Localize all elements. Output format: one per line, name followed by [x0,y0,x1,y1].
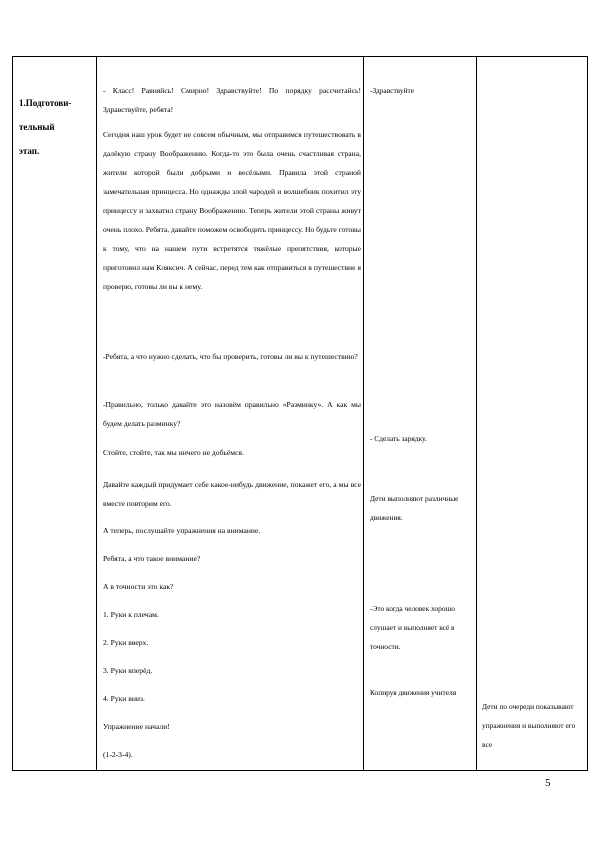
column-divider [96,57,97,770]
student-response: -Это когда человек хорошо слушает и выпо… [370,599,474,656]
teacher-paragraph: (1-2-3-4). [103,745,361,764]
teacher-paragraph: 4. Руки вниз. [103,689,361,708]
stage-title: 1.Подготови- тельный этап. [19,91,99,163]
teacher-paragraph: 2. Руки вверх. [103,633,361,652]
stage-title-line: тельный [19,115,99,139]
lesson-table: 1.Подготови- тельный этап. - Класс! Равн… [12,56,588,771]
teacher-paragraph: А теперь, послушайте упражнения на внима… [103,521,361,540]
student-response: -Здравствуйте [370,81,474,100]
teacher-paragraph: - Класс! Равняйсь! Смирно! Здравствуйте!… [103,81,361,119]
stage-title-line: этап. [19,139,99,163]
teacher-paragraph: -Ребята, а что нужно сделать, что бы про… [103,347,361,366]
student-response: - Сделать зарядку. [370,429,474,448]
page-number: 5 [545,777,551,789]
student-response: Дети выполняют различные движения. [370,489,474,527]
teacher-paragraph: Сегодня наш урок будет не совсем обычным… [103,125,361,296]
teacher-paragraph: Упражнение начали! [103,717,361,736]
column-divider [476,57,477,770]
teacher-paragraph: Ребята, а что такое внимание? [103,549,361,568]
teacher-paragraph: -Правильно, только давайте это назовём п… [103,395,361,433]
teacher-paragraph: 3. Руки вперёд. [103,661,361,680]
stage-title-line: 1.Подготови- [19,91,99,115]
teacher-paragraph: Стойте, стойте, так мы ничего не добьёмс… [103,443,361,462]
notes-text: Дети по очереди показывают упражнения и … [482,697,582,754]
teacher-paragraph: 1. Руки к плечам. [103,605,361,624]
teacher-paragraph: А в точности это как? [103,577,361,596]
column-divider [363,57,364,770]
teacher-paragraph: Давайте каждый придумает себе какое-нибу… [103,475,361,513]
student-response: Копируя движения учителя [370,683,474,702]
